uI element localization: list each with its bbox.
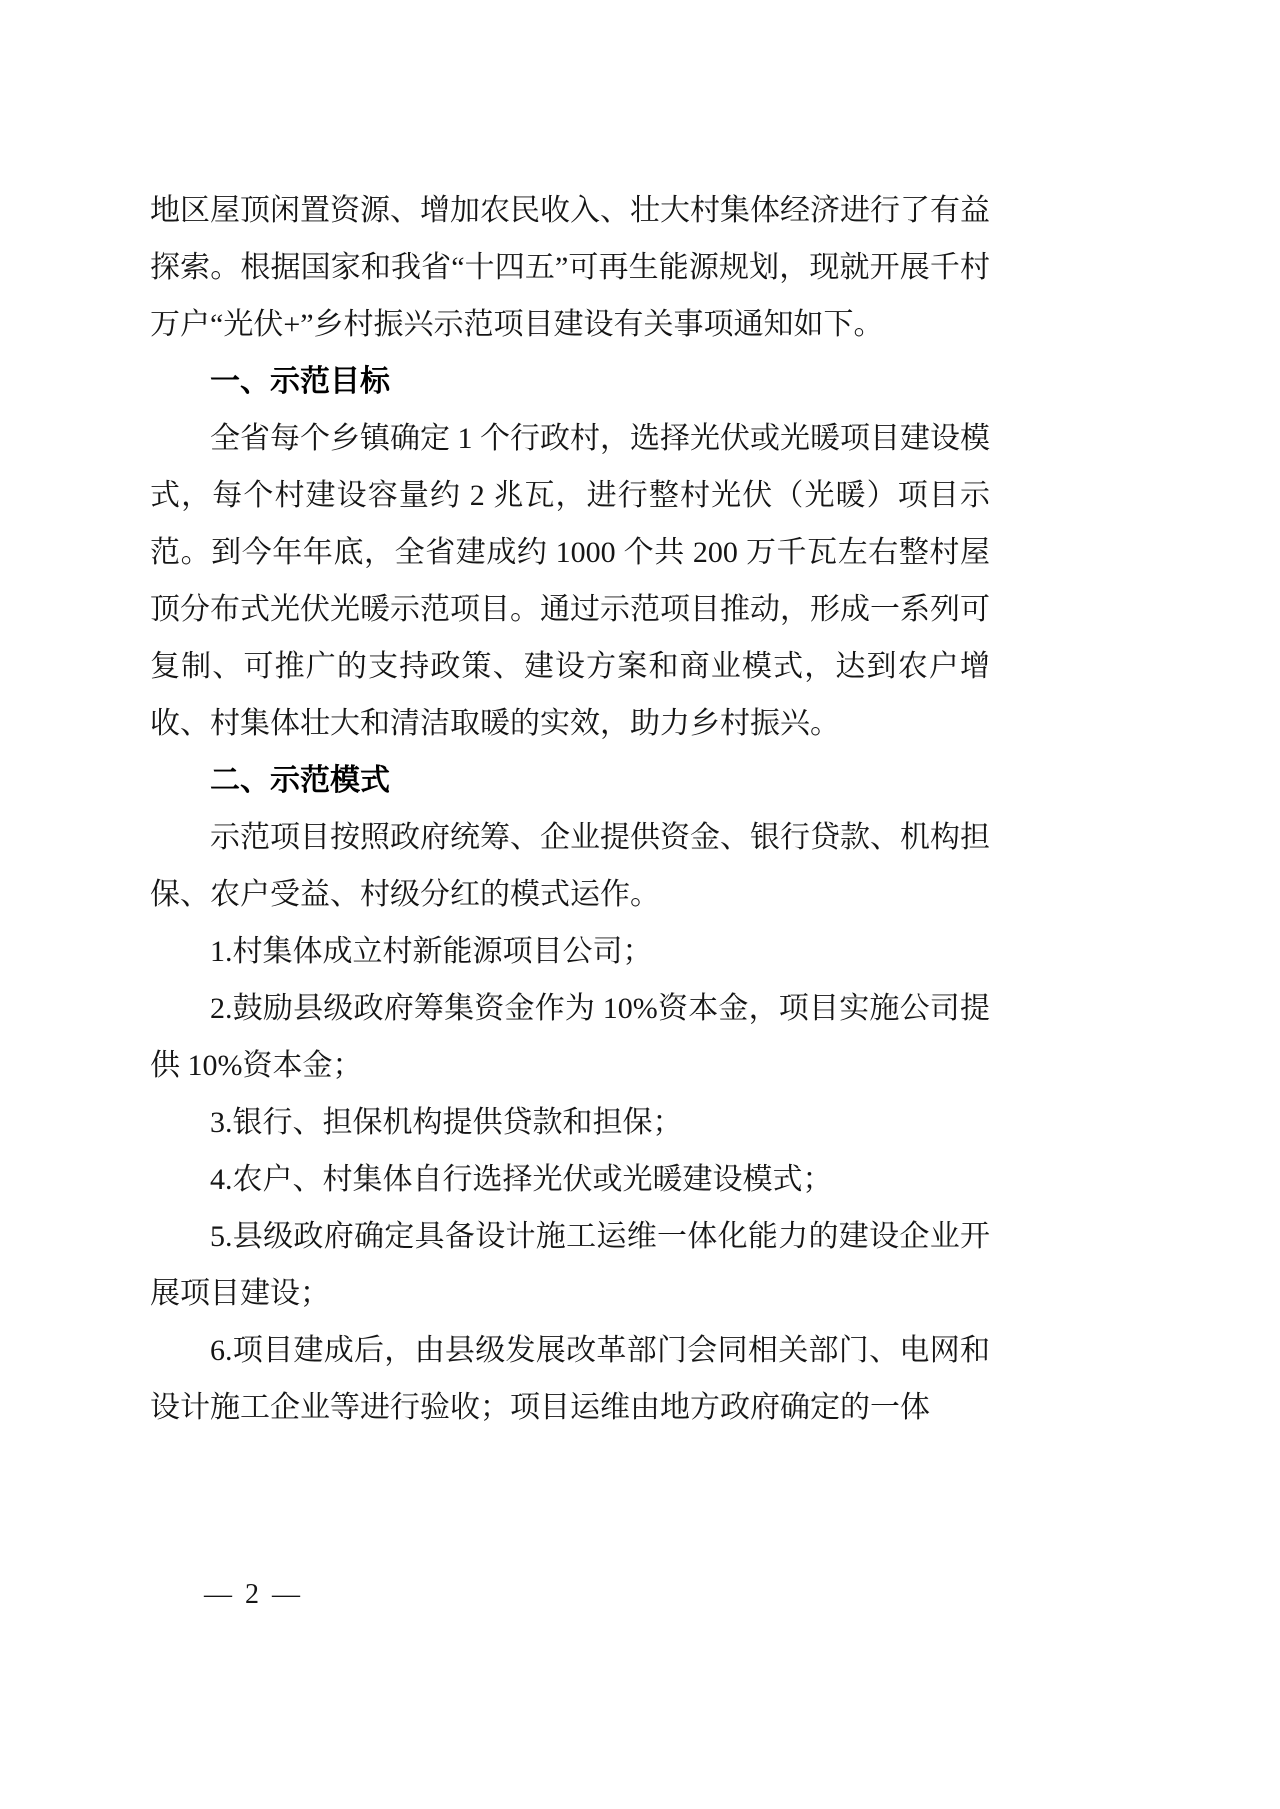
list-item-2: 2.鼓励县级政府筹集资金作为 10%资本金，项目实施公司提供 10%资本金； [150, 980, 990, 1094]
paragraph-continuation: 地区屋顶闲置资源、增加农民收入、壮大村集体经济进行了有益探索。根据国家和我省“十… [150, 182, 990, 353]
list-item-3: 3.银行、担保机构提供贷款和担保； [150, 1094, 990, 1151]
list-item-5: 5.县级政府确定具备设计施工运维一体化能力的建设企业开展项目建设； [150, 1208, 990, 1322]
document-page: 地区屋顶闲置资源、增加农民收入、壮大村集体经济进行了有益探索。根据国家和我省“十… [0, 0, 1280, 1809]
page-number: — 2 — [204, 1578, 303, 1612]
list-item-6: 6.项目建成后，由县级发展改革部门会同相关部门、电网和设计施工企业等进行验收；项… [150, 1322, 990, 1436]
list-item-4: 4.农户、村集体自行选择光伏或光暖建设模式； [150, 1151, 990, 1208]
paragraph-goal-body: 全省每个乡镇确定 1 个行政村，选择光伏或光暖项目建设模式，每个村建设容量约 2… [150, 410, 990, 752]
section-heading-demonstration-mode: 二、示范模式 [150, 752, 990, 809]
document-content: 地区屋顶闲置资源、增加农民收入、壮大村集体经济进行了有益探索。根据国家和我省“十… [150, 182, 990, 1436]
paragraph-mode-intro: 示范项目按照政府统筹、企业提供资金、银行贷款、机构担保、农户受益、村级分红的模式… [150, 809, 990, 923]
section-heading-demonstration-goal: 一、示范目标 [150, 353, 990, 410]
list-item-1: 1.村集体成立村新能源项目公司； [150, 923, 990, 980]
